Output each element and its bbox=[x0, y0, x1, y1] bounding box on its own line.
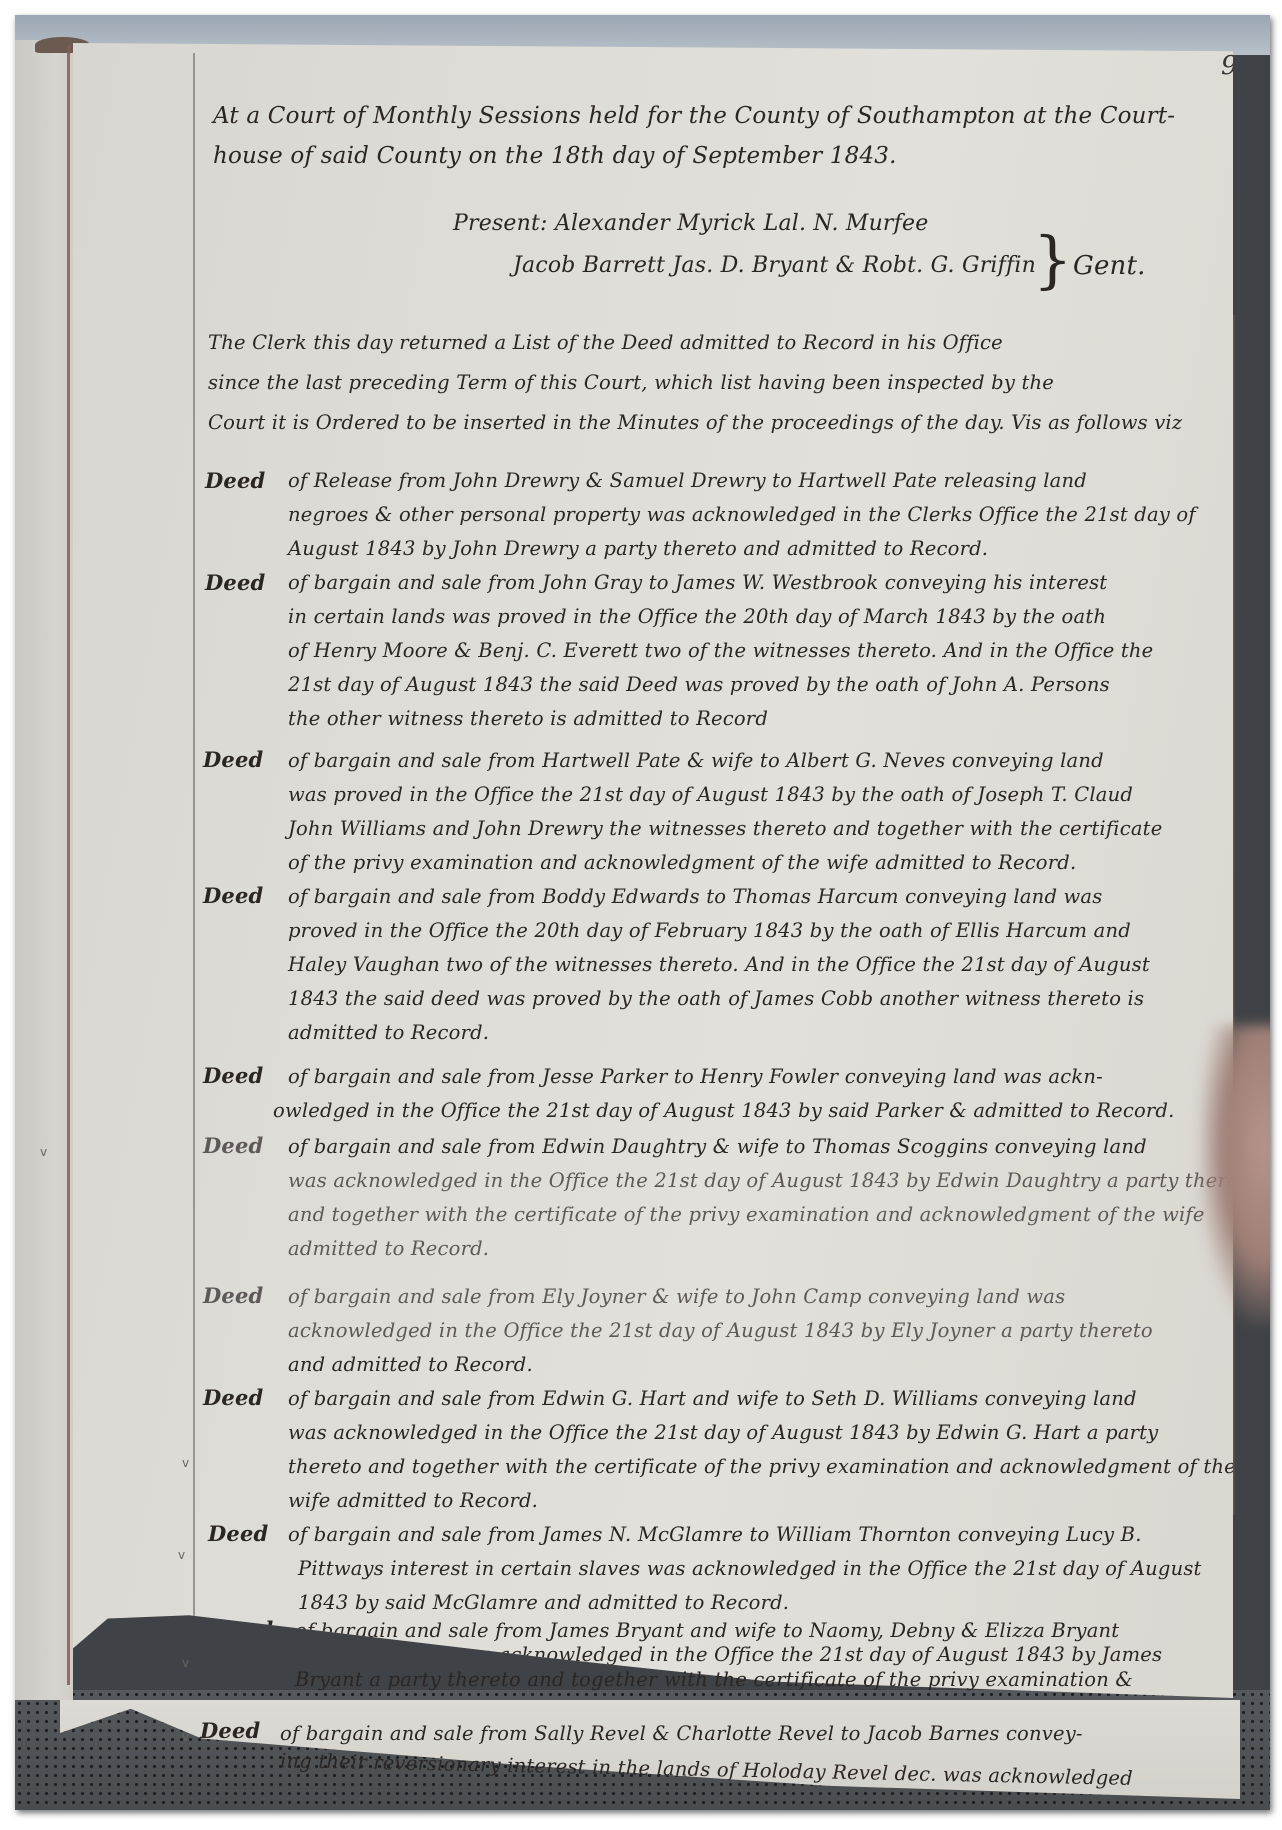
margin-label-deed: Deed bbox=[200, 1718, 260, 1743]
entry-line: owledged in the Office the 21st day of A… bbox=[273, 1099, 1175, 1122]
entry-line: of bargain and sale from Sally Revel & C… bbox=[280, 1722, 1083, 1745]
margin-label-deed: Deed bbox=[205, 468, 265, 493]
entry-line: proved in the Office the 20th day of Feb… bbox=[288, 919, 1131, 942]
margin-label-deed: Deed bbox=[208, 1521, 268, 1546]
intro-line: since the last preceding Term of this Co… bbox=[208, 371, 1054, 394]
entry-line: of bargain and sale from Hartwell Pate &… bbox=[288, 749, 1104, 772]
entry-line: of bargain and sale from James N. McGlam… bbox=[288, 1523, 1142, 1546]
entry-line: John Williams and John Drewry the witnes… bbox=[288, 817, 1162, 840]
heading-line-2: house of said County on the 18th day of … bbox=[213, 143, 897, 169]
binding-spine bbox=[67, 45, 70, 1685]
entry-line: negroes & other personal property was ac… bbox=[288, 503, 1196, 526]
entry-line: of the privy examination and acknowledgm… bbox=[288, 851, 1076, 874]
margin-label-deed: Deed bbox=[203, 1063, 263, 1088]
manuscript-photo: 91 At a Court of Monthly Sessions held f… bbox=[15, 15, 1270, 1810]
facing-page bbox=[15, 40, 73, 1700]
margin-tick: v bbox=[182, 1456, 189, 1470]
margin-tick: v bbox=[40, 1145, 47, 1159]
entry-line: of bargain and sale from Edwin Daughtry … bbox=[288, 1135, 1147, 1158]
entry-line: Bryant a party thereto and together with… bbox=[295, 1668, 1133, 1691]
entry-line: of bargain and sale from Jesse Parker to… bbox=[288, 1065, 1103, 1088]
entry-line: of bargain and sale from Ely Joyner & wi… bbox=[288, 1285, 1065, 1308]
margin-label-deed: Deed bbox=[203, 883, 263, 908]
intro-line: The Clerk this day returned a List of th… bbox=[208, 331, 1003, 354]
entry-line: was proved in the Office the 21st day of… bbox=[288, 783, 1133, 806]
thumb bbox=[1200, 1025, 1270, 1325]
entry-line: 1843 the said deed was proved by the oat… bbox=[288, 987, 1144, 1010]
margin-tick: v bbox=[178, 1548, 185, 1562]
entry-line: wife admitted to Record. bbox=[288, 1489, 538, 1512]
margin-label-deed: Deed bbox=[205, 570, 265, 595]
entry-line: of bargain and sale from Boddy Edwards t… bbox=[288, 885, 1102, 908]
entry-line: of bargain and sale from Edwin G. Hart a… bbox=[288, 1387, 1137, 1410]
margin-rule bbox=[193, 53, 195, 1673]
entry-line: Pittways interest in certain slaves was … bbox=[298, 1557, 1202, 1580]
entry-line: conveying land was acknowledged in the O… bbox=[295, 1643, 1162, 1666]
entry-line: Haley Vaughan two of the witnesses there… bbox=[288, 953, 1150, 976]
brace-icon: } bbox=[1033, 223, 1072, 296]
ledger-page: 91 At a Court of Monthly Sessions held f… bbox=[73, 43, 1233, 1698]
entry-line: of bargain and sale from James Bryant an… bbox=[295, 1619, 1119, 1642]
entry-line: and admitted to Record. bbox=[288, 1353, 533, 1376]
entry-line: was acknowledged in the Office the 21st … bbox=[288, 1169, 1259, 1192]
gentlemen-label: Gent. bbox=[1073, 251, 1146, 281]
heading-line-1: At a Court of Monthly Sessions held for … bbox=[213, 103, 1175, 129]
entry-line: thereto and together with the certificat… bbox=[288, 1455, 1236, 1478]
entry-line: August 1843 by John Drewry a party there… bbox=[288, 537, 988, 560]
margin-label-deed: Deed bbox=[203, 1133, 263, 1158]
margin-label-deed: Deed bbox=[203, 1385, 263, 1410]
entry-line: of Henry Moore & Benj. C. Everett two of… bbox=[288, 639, 1153, 662]
entry-line: admitted to Record. bbox=[288, 1237, 489, 1260]
margin-label-deed: Deed bbox=[203, 747, 263, 772]
margin-tick: v bbox=[182, 1656, 189, 1670]
entry-line: and together with the certificate of the… bbox=[288, 1203, 1205, 1226]
entry-line: of bargain and sale from John Gray to Ja… bbox=[288, 571, 1107, 594]
entry-line: was acknowledged in the Office the 21st … bbox=[288, 1421, 1158, 1444]
present-line-2: Jacob Barrett Jas. D. Bryant & Robt. G. … bbox=[513, 253, 1036, 278]
margin-tick: v bbox=[182, 1730, 189, 1744]
entry-line: of Release from John Drewry & Samuel Dre… bbox=[288, 469, 1087, 492]
entry-line: 21st day of August 1843 the said Deed wa… bbox=[288, 673, 1110, 696]
margin-label-deed: Deed bbox=[213, 1617, 273, 1642]
entry-line: in certain lands was proved in the Offic… bbox=[288, 605, 1106, 628]
entry-line: admitted to Record. bbox=[288, 1021, 489, 1044]
entry-line: the other witness thereto is admitted to… bbox=[288, 707, 768, 730]
margin-label-deed: Deed bbox=[203, 1283, 263, 1308]
page-number: 91 bbox=[1221, 51, 1254, 81]
entry-line: 1843 by said McGlamre and admitted to Re… bbox=[298, 1591, 789, 1614]
intro-line: Court it is Ordered to be inserted in th… bbox=[208, 411, 1182, 434]
entry-line: acknowledged in the Office the 21st day … bbox=[288, 1319, 1153, 1342]
present-line-1: Present: Alexander Myrick Lal. N. Murfee bbox=[453, 211, 928, 236]
